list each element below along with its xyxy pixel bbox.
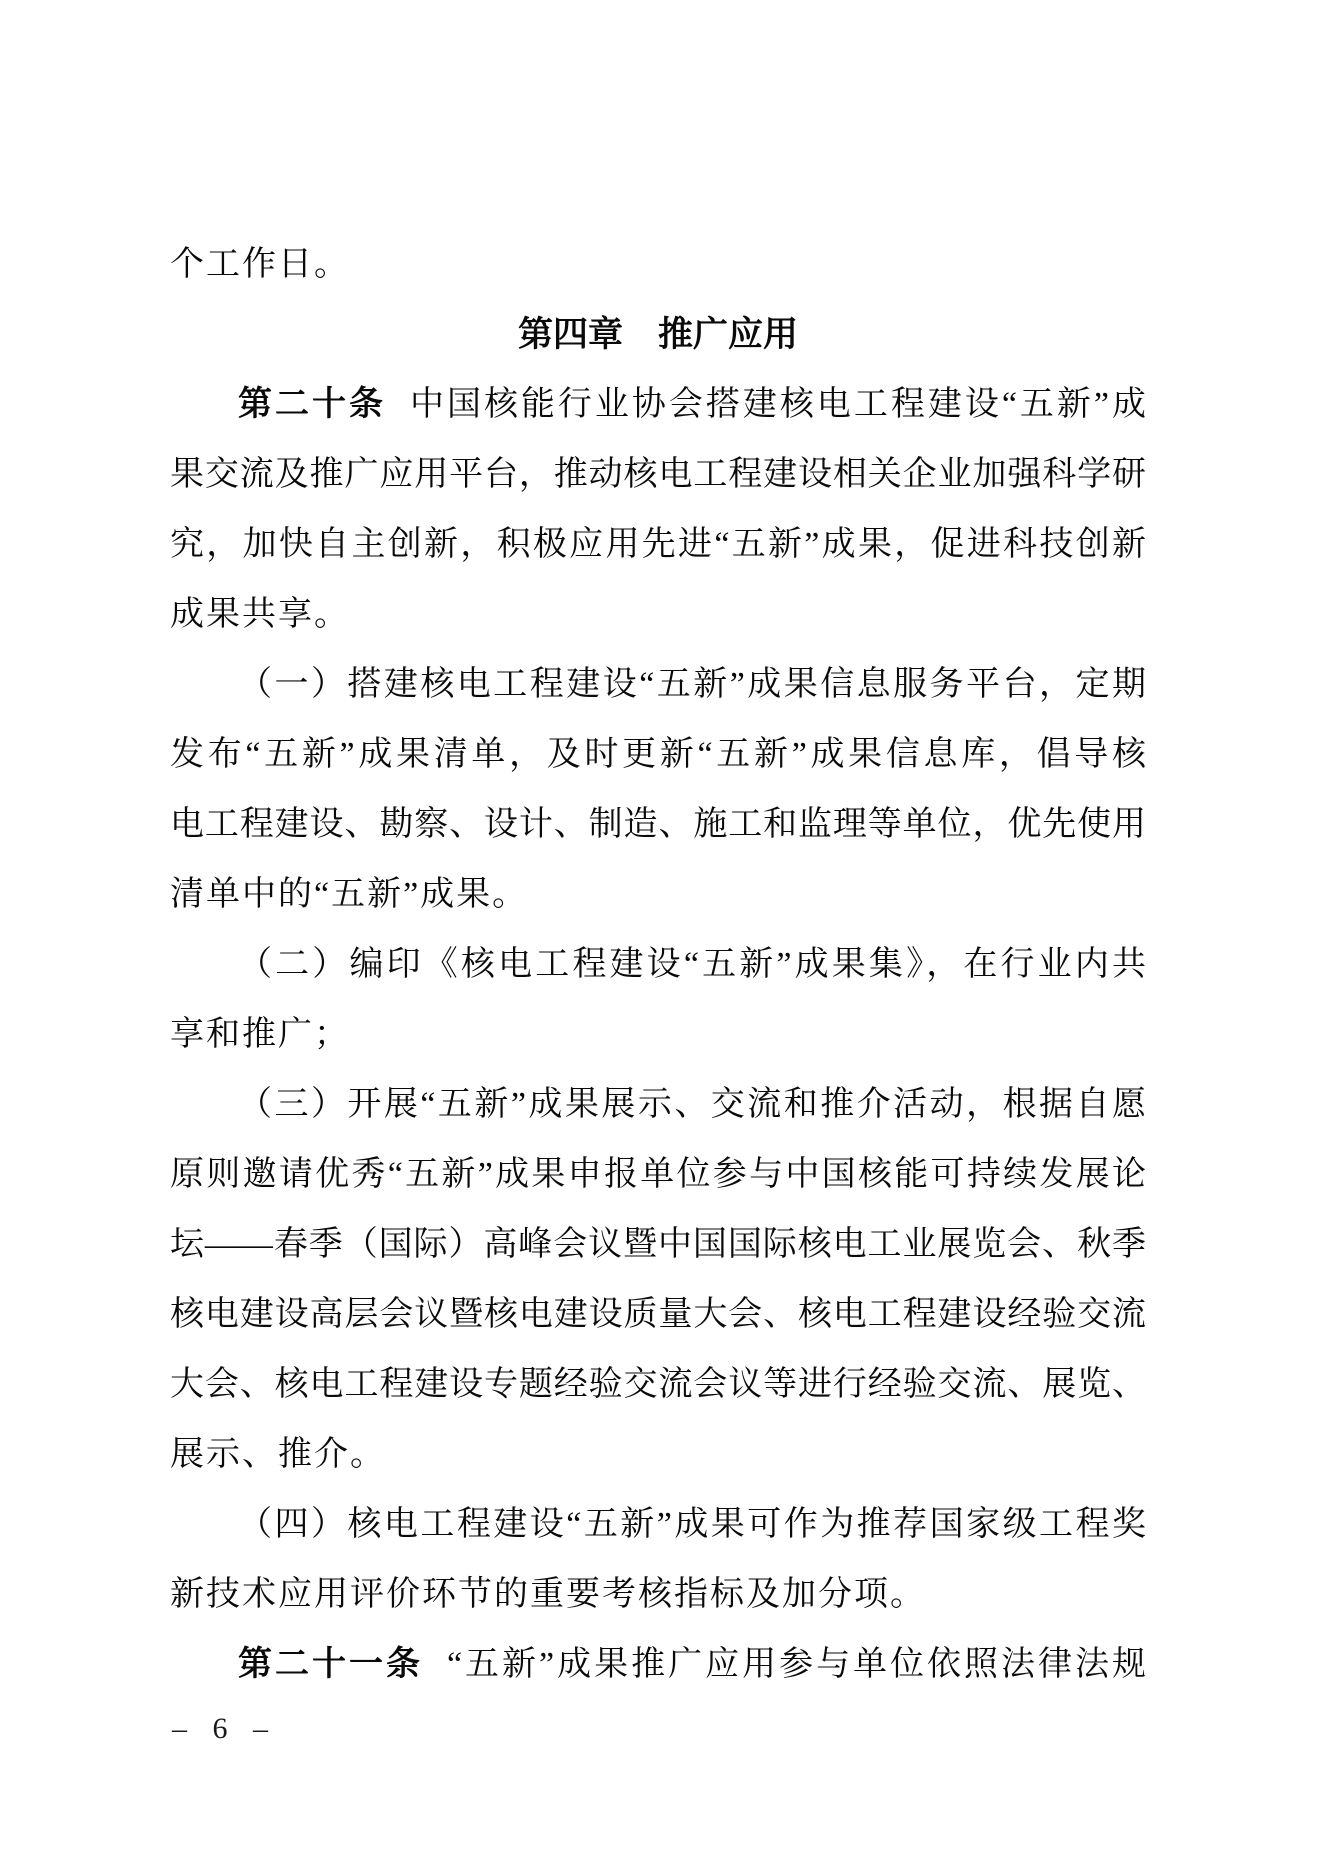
page-number: – 6 – [172,1706,277,1752]
article-21-text-1: “五新”成果推广应用参与单位依照法律法规 [447,1646,1146,1683]
article-20-number: 第二十条 [238,386,386,423]
item-1-line-3: 电工程建设、勘察、设计、制造、施工和监理等单位，优先使用 [170,790,1146,860]
item-2-line-2: 享和推广； [170,1000,1146,1070]
article-20-line-2: 果交流及推广应用平台，推动核电工程建设相关企业加强科学研 [170,440,1146,510]
article-20-line-1: 第二十条中国核能行业协会搭建核电工程建设“五新”成 [170,370,1146,440]
chapter-heading: 第四章 推广应用 [170,300,1146,370]
article-21-line-1: 第二十一条“五新”成果推广应用参与单位依照法律法规 [170,1630,1146,1700]
item-3-line-2: 原则邀请优秀“五新”成果申报单位参与中国核能可持续发展论 [170,1140,1146,1210]
item-4-line-2: 新技术应用评价环节的重要考核指标及加分项。 [170,1560,1146,1630]
item-3-line-4: 核电建设高层会议暨核电建设质量大会、核电工程建设经验交流 [170,1280,1146,1350]
item-3-line-3: 坛——春季（国际）高峰会议暨中国国际核电工业展览会、秋季 [170,1210,1146,1280]
item-2-line-1: （二）编印《核电工程建设“五新”成果集》，在行业内共 [170,930,1146,1000]
paragraph-continuation-line: 个工作日。 [170,230,1146,300]
item-3-line-5: 大会、核电工程建设专题经验交流会议等进行经验交流、展览、 [170,1350,1146,1420]
item-3-line-1: （三）开展“五新”成果展示、交流和推介活动，根据自愿 [170,1070,1146,1140]
article-20-line-4: 成果共享。 [170,580,1146,650]
item-4-line-1: （四）核电工程建设“五新”成果可作为推荐国家级工程奖 [170,1490,1146,1560]
article-21-number: 第二十一条 [238,1646,423,1683]
document-page: 个工作日。 第四章 推广应用 第二十条中国核能行业协会搭建核电工程建设“五新”成… [0,0,1323,1871]
item-1-line-2: 发布“五新”成果清单，及时更新“五新”成果信息库，倡导核 [170,720,1146,790]
article-20-line-3: 究，加快自主创新，积极应用先进“五新”成果，促进科技创新 [170,510,1146,580]
item-3-line-6: 展示、推介。 [170,1420,1146,1490]
article-20-text-1: 中国核能行业协会搭建核电工程建设“五新”成 [410,386,1146,423]
item-1-line-1: （一）搭建核电工程建设“五新”成果信息服务平台，定期 [170,650,1146,720]
document-body: 个工作日。 第四章 推广应用 第二十条中国核能行业协会搭建核电工程建设“五新”成… [170,230,1146,1700]
item-1-line-4: 清单中的“五新”成果。 [170,860,1146,930]
